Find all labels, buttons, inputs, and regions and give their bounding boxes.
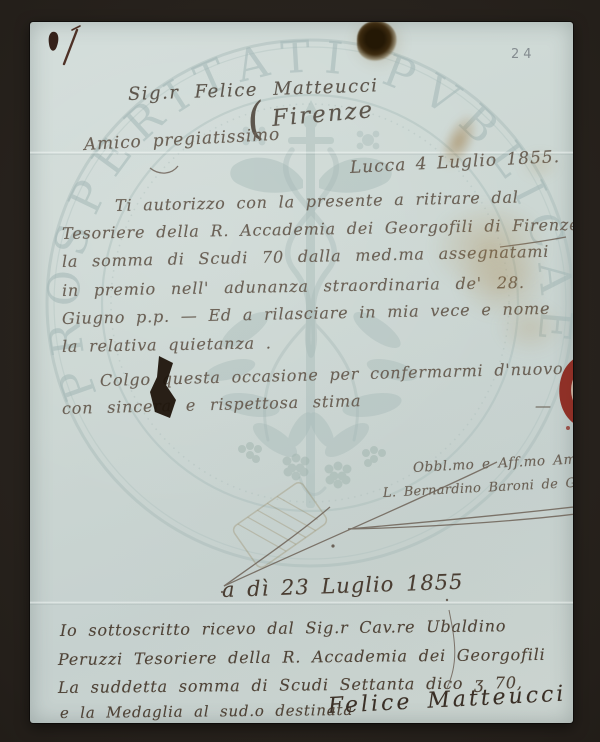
closing-line-1: Colgo questa occasione per confermarmi d…: [100, 359, 564, 390]
receipt-line-3: La suddetta somma di Scudi Settanta dico…: [58, 673, 523, 697]
archive-page-number: 24: [511, 47, 536, 62]
receipt-signature: Felice Matteucci: [327, 682, 567, 719]
stain-mid-1: [430, 200, 550, 295]
body-line-6: la relativa quietanza .: [62, 333, 272, 356]
blind-stamp: [231, 480, 328, 569]
corner-ink-mark: [49, 26, 80, 64]
body-line-1: Ti autorizzo con la presente a ritirare …: [115, 188, 519, 215]
ink-specks: [221, 544, 448, 601]
closing-dash: —: [535, 396, 552, 415]
body-line-2: Tesoriere della R. Accademia dei Georgof…: [62, 215, 573, 243]
body-line-3: la somma di Scudi 70 dalla med.ma assegn…: [62, 242, 550, 271]
watermark-rings: [47, 40, 573, 566]
pen-flourishes: [150, 166, 573, 688]
body-line-4: in premio nell' adunanza straordinaria d…: [62, 273, 525, 300]
grape-clusters-watermark: [238, 442, 386, 489]
city-paren-flourish: (: [242, 93, 270, 147]
handwriting-layer: Sig.r Felice Matteucci ( Firenze Amico p…: [30, 22, 573, 723]
stain-halo-top: [350, 22, 406, 70]
receipt-line-1: Io sottoscritto ricevo dal Sig.r Cav.re …: [60, 616, 506, 640]
closing-line-2: con sincera e rispettosa stima: [62, 391, 362, 418]
stain-mid-3: [495, 300, 565, 355]
receipt-line-4: e la Medaglia al sud.o destinata: [60, 701, 353, 722]
paper-sheet: PROSPERITATI PVBLICAE: [30, 22, 573, 723]
ink-hole-blot: [150, 356, 176, 418]
valediction-line: Obbl.mo e Aff.mo Amico: [413, 450, 573, 476]
receipt-line-2: Peruzzi Tesoriere della R. Accademia dei…: [58, 645, 546, 669]
stain-mid-2: [455, 245, 550, 320]
receipt-dateline: a dì 23 Luglio 1855: [222, 570, 464, 602]
sender-signature: L. Bernardino Baroni de Guarnieri: [383, 473, 573, 501]
city-line: Firenze: [271, 97, 375, 132]
wax-seal-remnant: [559, 352, 573, 446]
fold-crease-upper: [30, 151, 573, 155]
watermark-layer: PROSPERITATI PVBLICAE: [30, 22, 573, 723]
stain-streak-right: [432, 107, 486, 176]
stains-layer: [30, 22, 573, 723]
body-line-5: Giugno p.p. — Ed a rilasciare in mia vec…: [62, 299, 551, 328]
watermark-motto-text: PROSPERITATI PVBLICAE: [38, 32, 573, 407]
ink-and-defects-layer: [30, 22, 573, 723]
foliage-watermark: [203, 127, 420, 464]
photographed-letter: PROSPERITATI PVBLICAE: [0, 0, 600, 742]
ink-blot-top: [357, 22, 397, 61]
fold-crease-lower: [30, 601, 573, 605]
caduceus-emblem-watermark: [203, 100, 420, 570]
recipient-line: Sig.r Felice Matteucci: [128, 75, 379, 105]
